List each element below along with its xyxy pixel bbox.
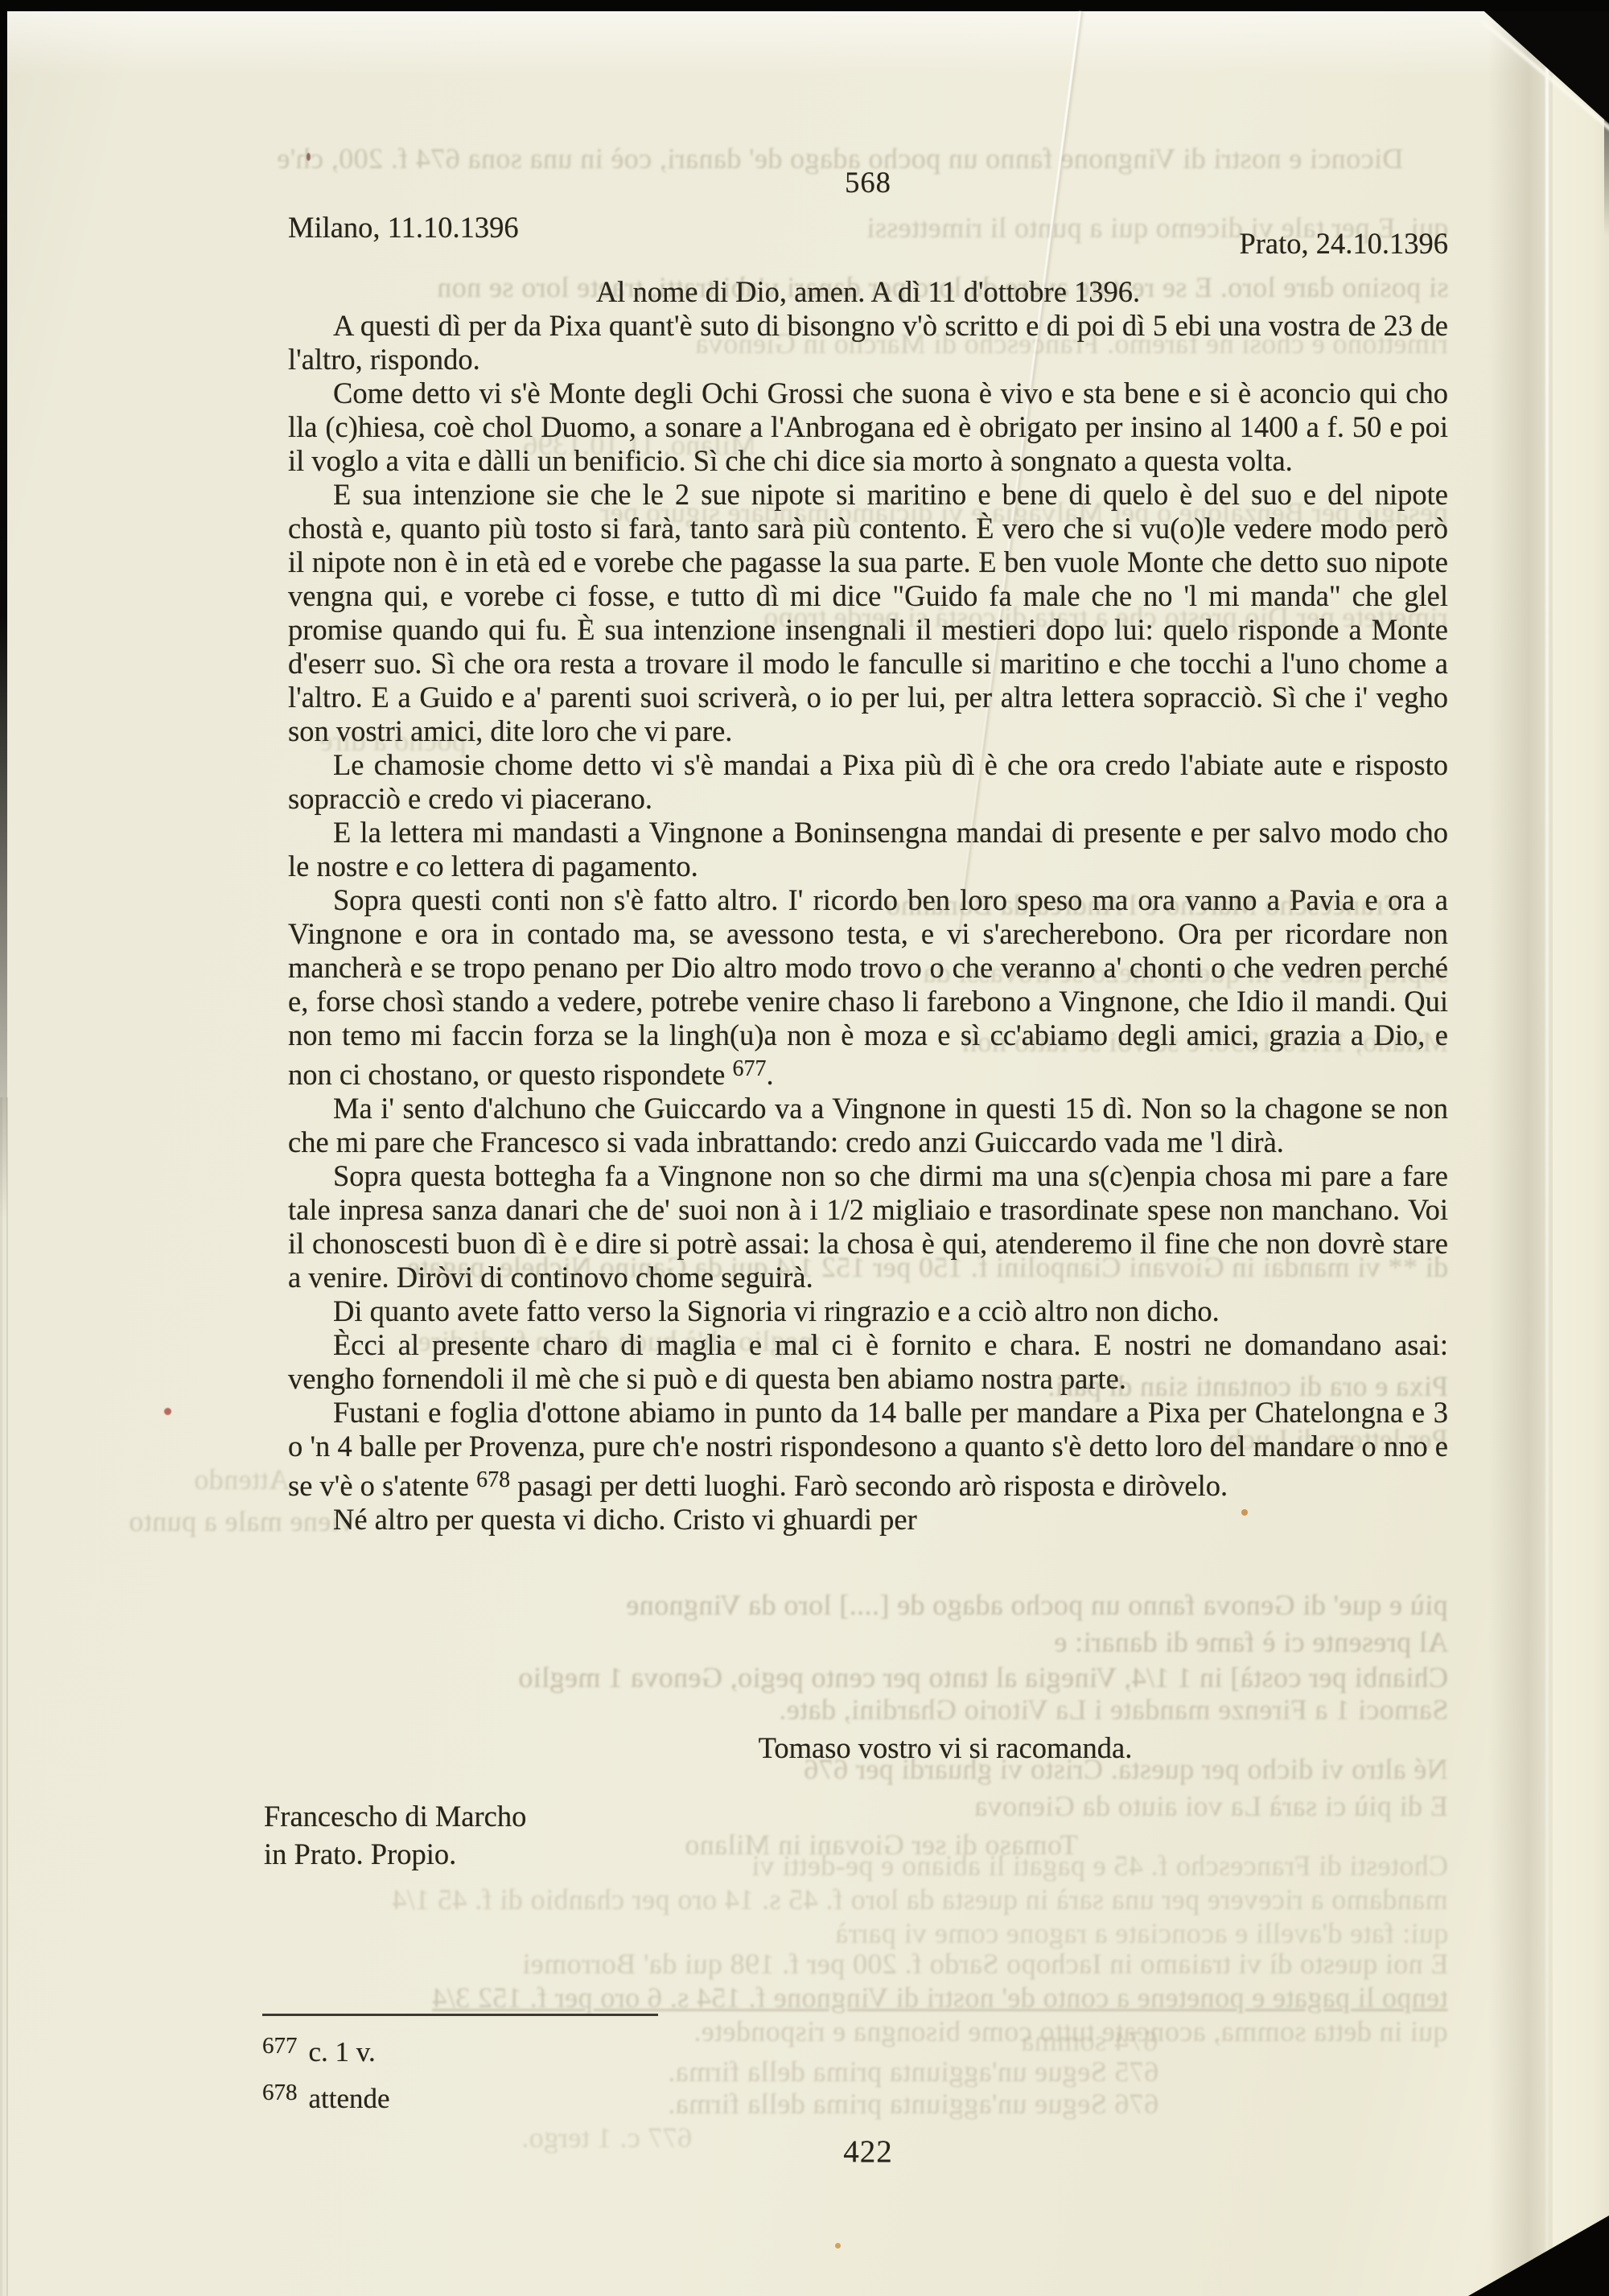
footnote-marker-677: 677 [732,1056,766,1081]
footnote-number: 677 [262,2033,298,2059]
footnotes-block: 677c. 1 v. 678attende [262,2026,1448,2119]
letter-paragraph: Sopra questi conti non s'è fatto altro. … [288,883,1448,1092]
letter-paragraph: Né altro per questa vi dicho. Cristo vi … [288,1503,1448,1537]
letter-paragraph: Ma i' sento d'alchuno che Guiccardo va a… [288,1092,1448,1159]
footnote-rule [262,2014,658,2016]
letter-paragraph: Ècci al presente charo di maglia e mal c… [288,1328,1448,1396]
page-number-top: 568 [288,166,1448,200]
letter-paragraph: Di quanto avete fatto verso la Signoria … [288,1294,1448,1328]
paper-speck [164,1408,171,1415]
footnote: 677c. 1 v. [262,2026,1448,2072]
footnote-number: 678 [262,2080,298,2105]
letter-signoff: Tomaso vostro vi si racomanda. [288,1731,1448,1765]
book-page: Diconci e nostri di Vingnone fanno un po… [0,11,1609,2296]
letter-paragraph: Sopra questa bottegha fa a Vingnone non … [288,1159,1448,1294]
footnote-marker-678: 678 [476,1467,510,1492]
footnote-text: attende [309,2083,390,2114]
signature-place: in Prato. Propio. [264,1835,1448,1873]
book-edge-left [0,11,7,1218]
letter-paragraph: E sua intenzione sie che le 2 sue nipote… [288,478,1448,748]
paragraph-text: pasagi per detti luoghi. Farò secondo ar… [510,1469,1228,1502]
letter-text-block: 568 Milano, 11.10.1396 Prato, 24.10.1396… [288,11,1448,2169]
page-fold-shadow [1488,11,1553,2296]
page-number-bottom: 422 [288,2135,1448,2169]
signature-name: Francescho di Marcho [264,1797,1448,1835]
page-fold-highlight [1545,35,1549,2296]
page-edge-curl [1553,11,1609,2296]
scanned-book-photo: Diconci e nostri di Vingnone fanno un po… [0,0,1609,2296]
letter-paragraph: Le chamosie chome detto vi s'è mandai a … [288,748,1448,816]
footnote: 678attende [262,2072,1448,2119]
signature-block: Francescho di Marcho in Prato. Propio. [264,1797,1448,1873]
stacked-pages-edge [0,1097,13,2296]
letter-paragraph: A questi dì per da Pixa quant'è suto di … [288,309,1448,376]
letter-salutation: Al nome di Dio, amen. A dì 11 d'ottobre … [288,275,1448,309]
paragraph-text: . [766,1058,773,1091]
paragraph-text: Sopra questi conti non s'è fatto altro. … [288,883,1448,1091]
paper-speck [835,2243,841,2249]
letter-paragraph: E la lettera mi mandasti a Vingnone a Bo… [288,816,1448,883]
letter-paragraph: Come detto vi s'è Monte degli Ochi Gross… [288,376,1448,478]
letter-body: A questi dì per da Pixa quant'è suto di … [288,309,1448,1696]
footnote-text: c. 1 v. [309,2036,376,2068]
dateline-destination: Prato, 24.10.1396 [1239,227,1448,261]
ghost-bleedthrough-text: Attendo [194,1463,290,1496]
dateline-origin: Milano, 11.10.1396 [288,211,519,245]
letter-paragraph: Fustani e foglia d'ottone abiamo in punt… [288,1396,1448,1503]
dateline-row: Milano, 11.10.1396 Prato, 24.10.1396 [288,211,1448,264]
